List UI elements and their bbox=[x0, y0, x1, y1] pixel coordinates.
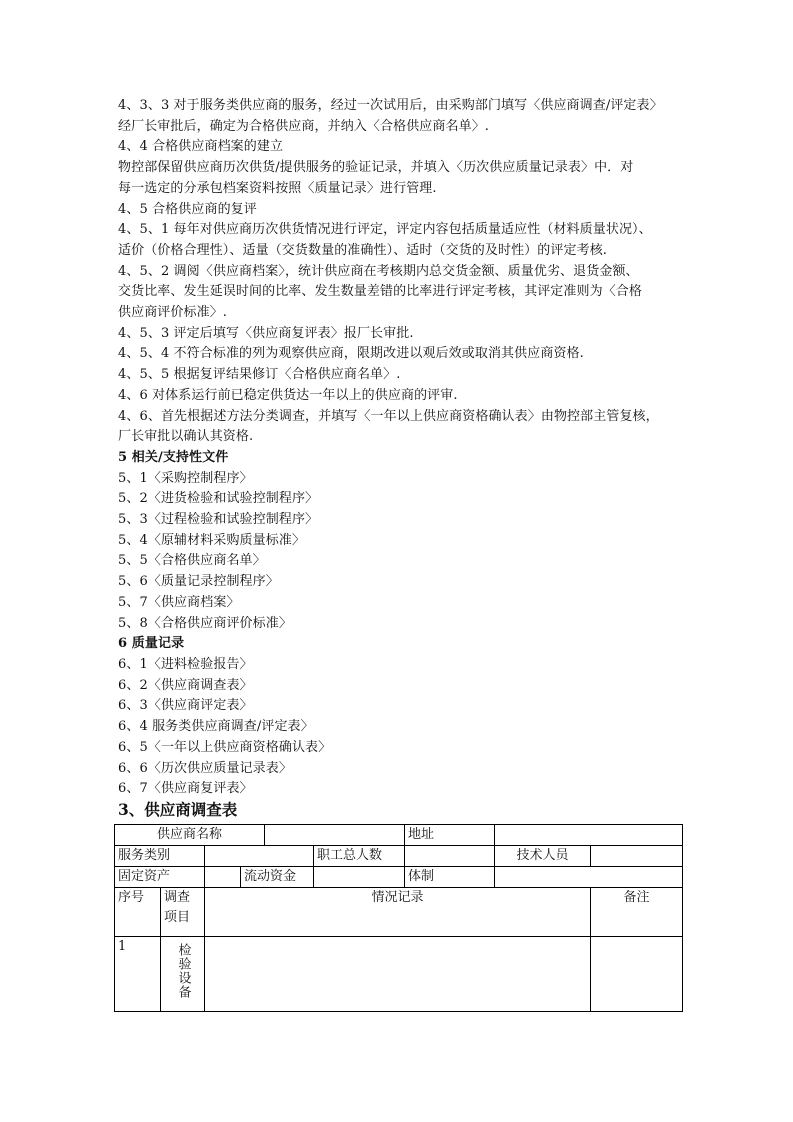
supplier-name-label: 供应商名称 bbox=[115, 825, 265, 846]
text-line-4-6: 4、6、首先根据述方法分类调查，并填写〈一年以上供应商资格确认表〉由物控部主管复… bbox=[118, 407, 688, 428]
address-label: 地址 bbox=[405, 825, 495, 846]
text-line: 每一选定的分承包档案资料按照〈质量记录〉进行管理. bbox=[118, 179, 688, 200]
table-row: 供应商名称 地址 bbox=[115, 825, 683, 846]
text-line-4-5-3: 4、5、3 评定后填写〈供应商复评表〉报厂长审批. bbox=[118, 324, 688, 345]
supplier-survey-table: 供应商名称 地址 服务类别 职工总人数 技术人员 固定资产 流动资金 体制 序号… bbox=[114, 824, 683, 1012]
text-line-4-5-4: 4、5、4 不符合标准的列为观察供应商，限期改进以观后效或取消其供应商资格. bbox=[118, 344, 688, 365]
tech-staff-label: 技术人员 bbox=[495, 846, 591, 867]
system-field[interactable] bbox=[495, 867, 683, 888]
fixed-assets-label: 固定资产 bbox=[115, 867, 205, 888]
text-line: 经厂长审批后，确定为合格供应商，并纳入〈合格供应商名单〉. bbox=[118, 117, 688, 138]
table-row: 服务类别 职工总人数 技术人员 bbox=[115, 846, 683, 867]
quality-record-item: 6、6〈历次供应质量记录表〉 bbox=[118, 759, 688, 780]
quality-record-item: 6、4 服务类供应商调查/评定表〉 bbox=[118, 717, 688, 738]
quality-record-item: 6、3〈供应商评定表〉 bbox=[118, 696, 688, 717]
related-doc-item: 5、7〈供应商档案〉 bbox=[118, 593, 688, 614]
table-row: 固定资产 流动资金 体制 bbox=[115, 867, 683, 888]
related-doc-item: 5、1〈采购控制程序〉 bbox=[118, 469, 688, 490]
section-heading-6: 6 质量记录 bbox=[118, 634, 688, 655]
row-item: 检验设备 bbox=[175, 943, 191, 999]
related-doc-item: 5、4〈原辅材料采购质量标准〉 bbox=[118, 531, 688, 552]
quality-record-item: 6、2〈供应商调查表〉 bbox=[118, 676, 688, 697]
text-line-4-5-2: 4、5、2 调阅〈供应商档案〉，统计供应商在考核期内总交货金额、质量优劣、退货金… bbox=[118, 262, 688, 283]
related-doc-item: 5、8〈合格供应商评价标准〉 bbox=[118, 614, 688, 635]
table-row: 1 检验设备 bbox=[115, 937, 683, 1012]
row-item-cell: 检验设备 bbox=[161, 937, 205, 1012]
header-no: 序号 bbox=[115, 888, 161, 937]
row-no: 1 bbox=[115, 937, 161, 1012]
service-type-field[interactable] bbox=[205, 846, 314, 867]
row-remarks-field[interactable] bbox=[591, 937, 683, 1012]
text-line: 适价（价格合理性）、适量（交货数量的准确性）、适时（交货的及时性）的评定考核. bbox=[118, 241, 688, 262]
quality-record-item: 6、7〈供应商复评表〉 bbox=[118, 779, 688, 800]
header-item: 调查项目 bbox=[161, 888, 205, 937]
related-doc-item: 5、2〈进货检验和试验控制程序〉 bbox=[118, 489, 688, 510]
section-heading-5: 5 相关/支持性文件 bbox=[118, 448, 688, 469]
section-heading-4-4: 4、4 合格供应商档案的建立 bbox=[118, 137, 688, 158]
section-heading-4-5: 4、5 合格供应商的复评 bbox=[118, 200, 688, 221]
text-line-4-5-5: 4、5、5 根据复评结果修订〈合格供应商名单〉. bbox=[118, 365, 688, 386]
staff-count-field[interactable] bbox=[405, 846, 495, 867]
text-line: 供应商评价标准〉. bbox=[118, 303, 688, 324]
related-doc-item: 5、3〈过程检验和试验控制程序〉 bbox=[118, 510, 688, 531]
document-body: 4、3、3 对于服务类供应商的服务，经过一次试用后，由采购部门填写〈供应商调查/… bbox=[118, 96, 688, 820]
header-record: 情况记录 bbox=[205, 888, 591, 937]
tech-staff-field[interactable] bbox=[591, 846, 683, 867]
related-doc-item: 5、6〈质量记录控制程序〉 bbox=[118, 572, 688, 593]
service-type-label: 服务类别 bbox=[115, 846, 205, 867]
row-record-field[interactable] bbox=[205, 937, 591, 1012]
staff-count-label: 职工总人数 bbox=[314, 846, 405, 867]
working-capital-label: 流动资金 bbox=[241, 867, 314, 888]
related-doc-item: 5、5〈合格供应商名单〉 bbox=[118, 551, 688, 572]
working-capital-field[interactable] bbox=[314, 867, 405, 888]
text-line-4-5-1: 4、5、1 每年对供应商历次供货情况进行评定，评定内容包括质量适应性（材料质量状… bbox=[118, 220, 688, 241]
quality-record-item: 6、1〈进料检验报告〉 bbox=[118, 655, 688, 676]
header-remarks: 备注 bbox=[591, 888, 683, 937]
text-line-4-3-3: 4、3、3 对于服务类供应商的服务，经过一次试用后，由采购部门填写〈供应商调查/… bbox=[118, 96, 688, 117]
quality-record-item: 6、5〈一年以上供应商资格确认表〉 bbox=[118, 738, 688, 759]
table-title: 3、供应商调查表 bbox=[118, 800, 688, 820]
text-line: 交货比率、发生延误时间的比率、发生数量差错的比率进行评定考核，其评定准则为〈合格 bbox=[118, 282, 688, 303]
system-label: 体制 bbox=[405, 867, 495, 888]
supplier-name-field[interactable] bbox=[265, 825, 405, 846]
table-header-row: 序号 调查项目 情况记录 备注 bbox=[115, 888, 683, 937]
text-line: 物控部保留供应商历次供货/提供服务的验证记录，并填入〈历次供应质量记录表〉中．对 bbox=[118, 158, 688, 179]
section-heading-4-6: 4、6 对体系运行前已稳定供货达一年以上的供应商的评审. bbox=[118, 386, 688, 407]
fixed-assets-field[interactable] bbox=[205, 867, 241, 888]
address-field[interactable] bbox=[495, 825, 683, 846]
text-line: 厂长审批以确认其资格. bbox=[118, 427, 688, 448]
